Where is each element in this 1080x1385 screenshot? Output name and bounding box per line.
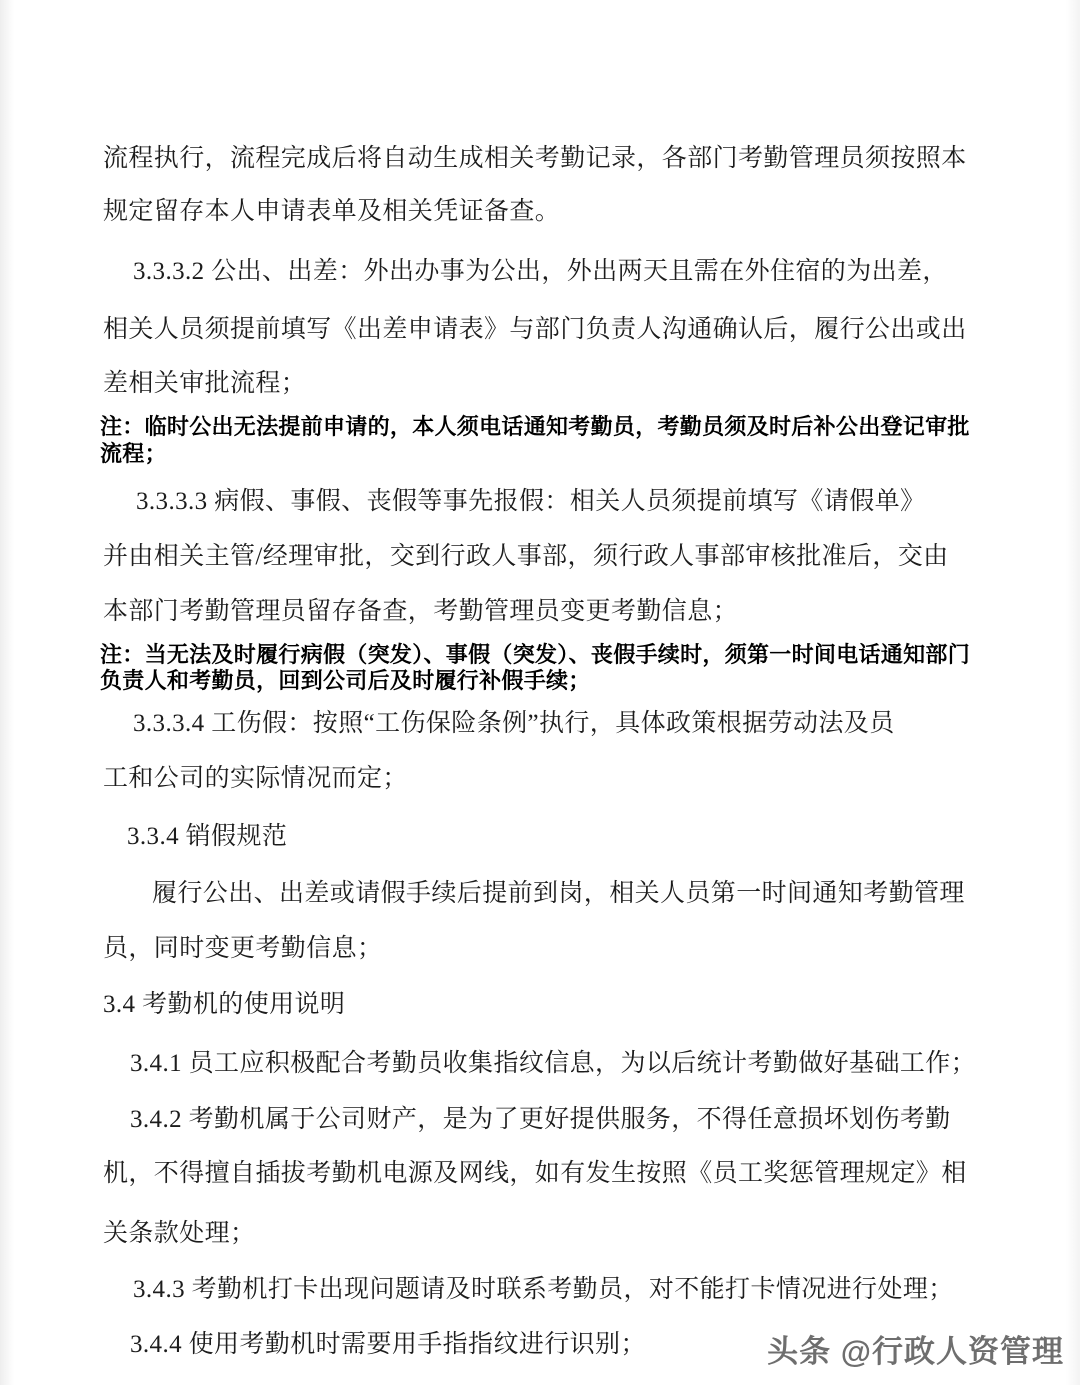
document-line: 员，同时变更考勤信息；	[103, 934, 382, 964]
document-note-line: 流程；	[100, 441, 167, 467]
document-line: 相关人员须提前填写《出差申请表》与部门负责人沟通确认后，履行公出或出	[103, 315, 967, 345]
document-line: 履行公出、出差或请假手续后提前到岗，相关人员第一时间通知考勤管理	[152, 879, 965, 909]
document-line: 差相关审批流程；	[103, 369, 306, 399]
document-line-clause-344: 3.4.4 使用考勤机时需要用手指指纹进行识别；	[130, 1330, 646, 1360]
document-line: 并由相关主管/经理审批，交到行政人事部，须行政人事部审核批准后，交由	[103, 542, 949, 572]
document-line-clause-3332: 3.3.3.2 公出、出差：外出办事为公出，外出两天且需在外住宿的为出差，	[133, 257, 948, 287]
document-line-clause-343: 3.4.3 考勤机打卡出现问题请及时联系考勤员，对不能打卡情况进行处理；	[133, 1275, 954, 1305]
document-line-clause-341: 3.4.1 员工应积极配合考勤员收集指纹信息，为以后统计考勤做好基础工作；	[130, 1049, 976, 1079]
document-note-line: 注：当无法及时履行病假（突发）、事假（突发）、丧假手续时，须第一时间电话通知部门	[100, 642, 970, 668]
document-line: 工和公司的实际情况而定；	[103, 764, 408, 794]
document-line: 机，不得擅自插拔考勤机电源及网线，如有发生按照《员工奖惩管理规定》相	[103, 1159, 967, 1189]
document-note-line: 注：临时公出无法提前申请的，本人须电话通知考勤员，考勤员须及时后补公出登记审批	[100, 414, 970, 440]
document-line: 规定留存本人申请表单及相关凭证备查。	[103, 197, 560, 227]
document-line-heading-334: 3.3.4 销假规范	[127, 822, 287, 852]
toutiao-watermark: 头条 @行政人资管理	[767, 1326, 1064, 1371]
page-edge-right	[1066, 0, 1080, 1385]
document-note-line: 负责人和考勤员，回到公司后及时履行补假手续；	[100, 668, 591, 694]
document-line-clause-3334: 3.3.3.4 工伤假：按照“工伤保险条例”执行，具体政策根据劳动法及员	[133, 709, 895, 739]
document-page: 流程执行，流程完成后将自动生成相关考勤记录，各部门考勤管理员须按照本 规定留存本…	[0, 0, 1080, 1385]
page-edge-left	[0, 0, 14, 1385]
document-line: 关条款处理；	[103, 1219, 255, 1249]
document-line-heading-34: 3.4 考勤机的使用说明	[103, 990, 345, 1020]
document-line-clause-3333: 3.3.3.3 病假、事假、丧假等事先报假：相关人员须提前填写《请假单》	[136, 487, 925, 517]
document-line: 流程执行，流程完成后将自动生成相关考勤记录，各部门考勤管理员须按照本	[103, 144, 967, 174]
document-line-clause-342: 3.4.2 考勤机属于公司财产，是为了更好提供服务，不得任意损坏划伤考勤	[130, 1105, 951, 1135]
document-line: 本部门考勤管理员留存备查，考勤管理员变更考勤信息；	[103, 597, 738, 627]
